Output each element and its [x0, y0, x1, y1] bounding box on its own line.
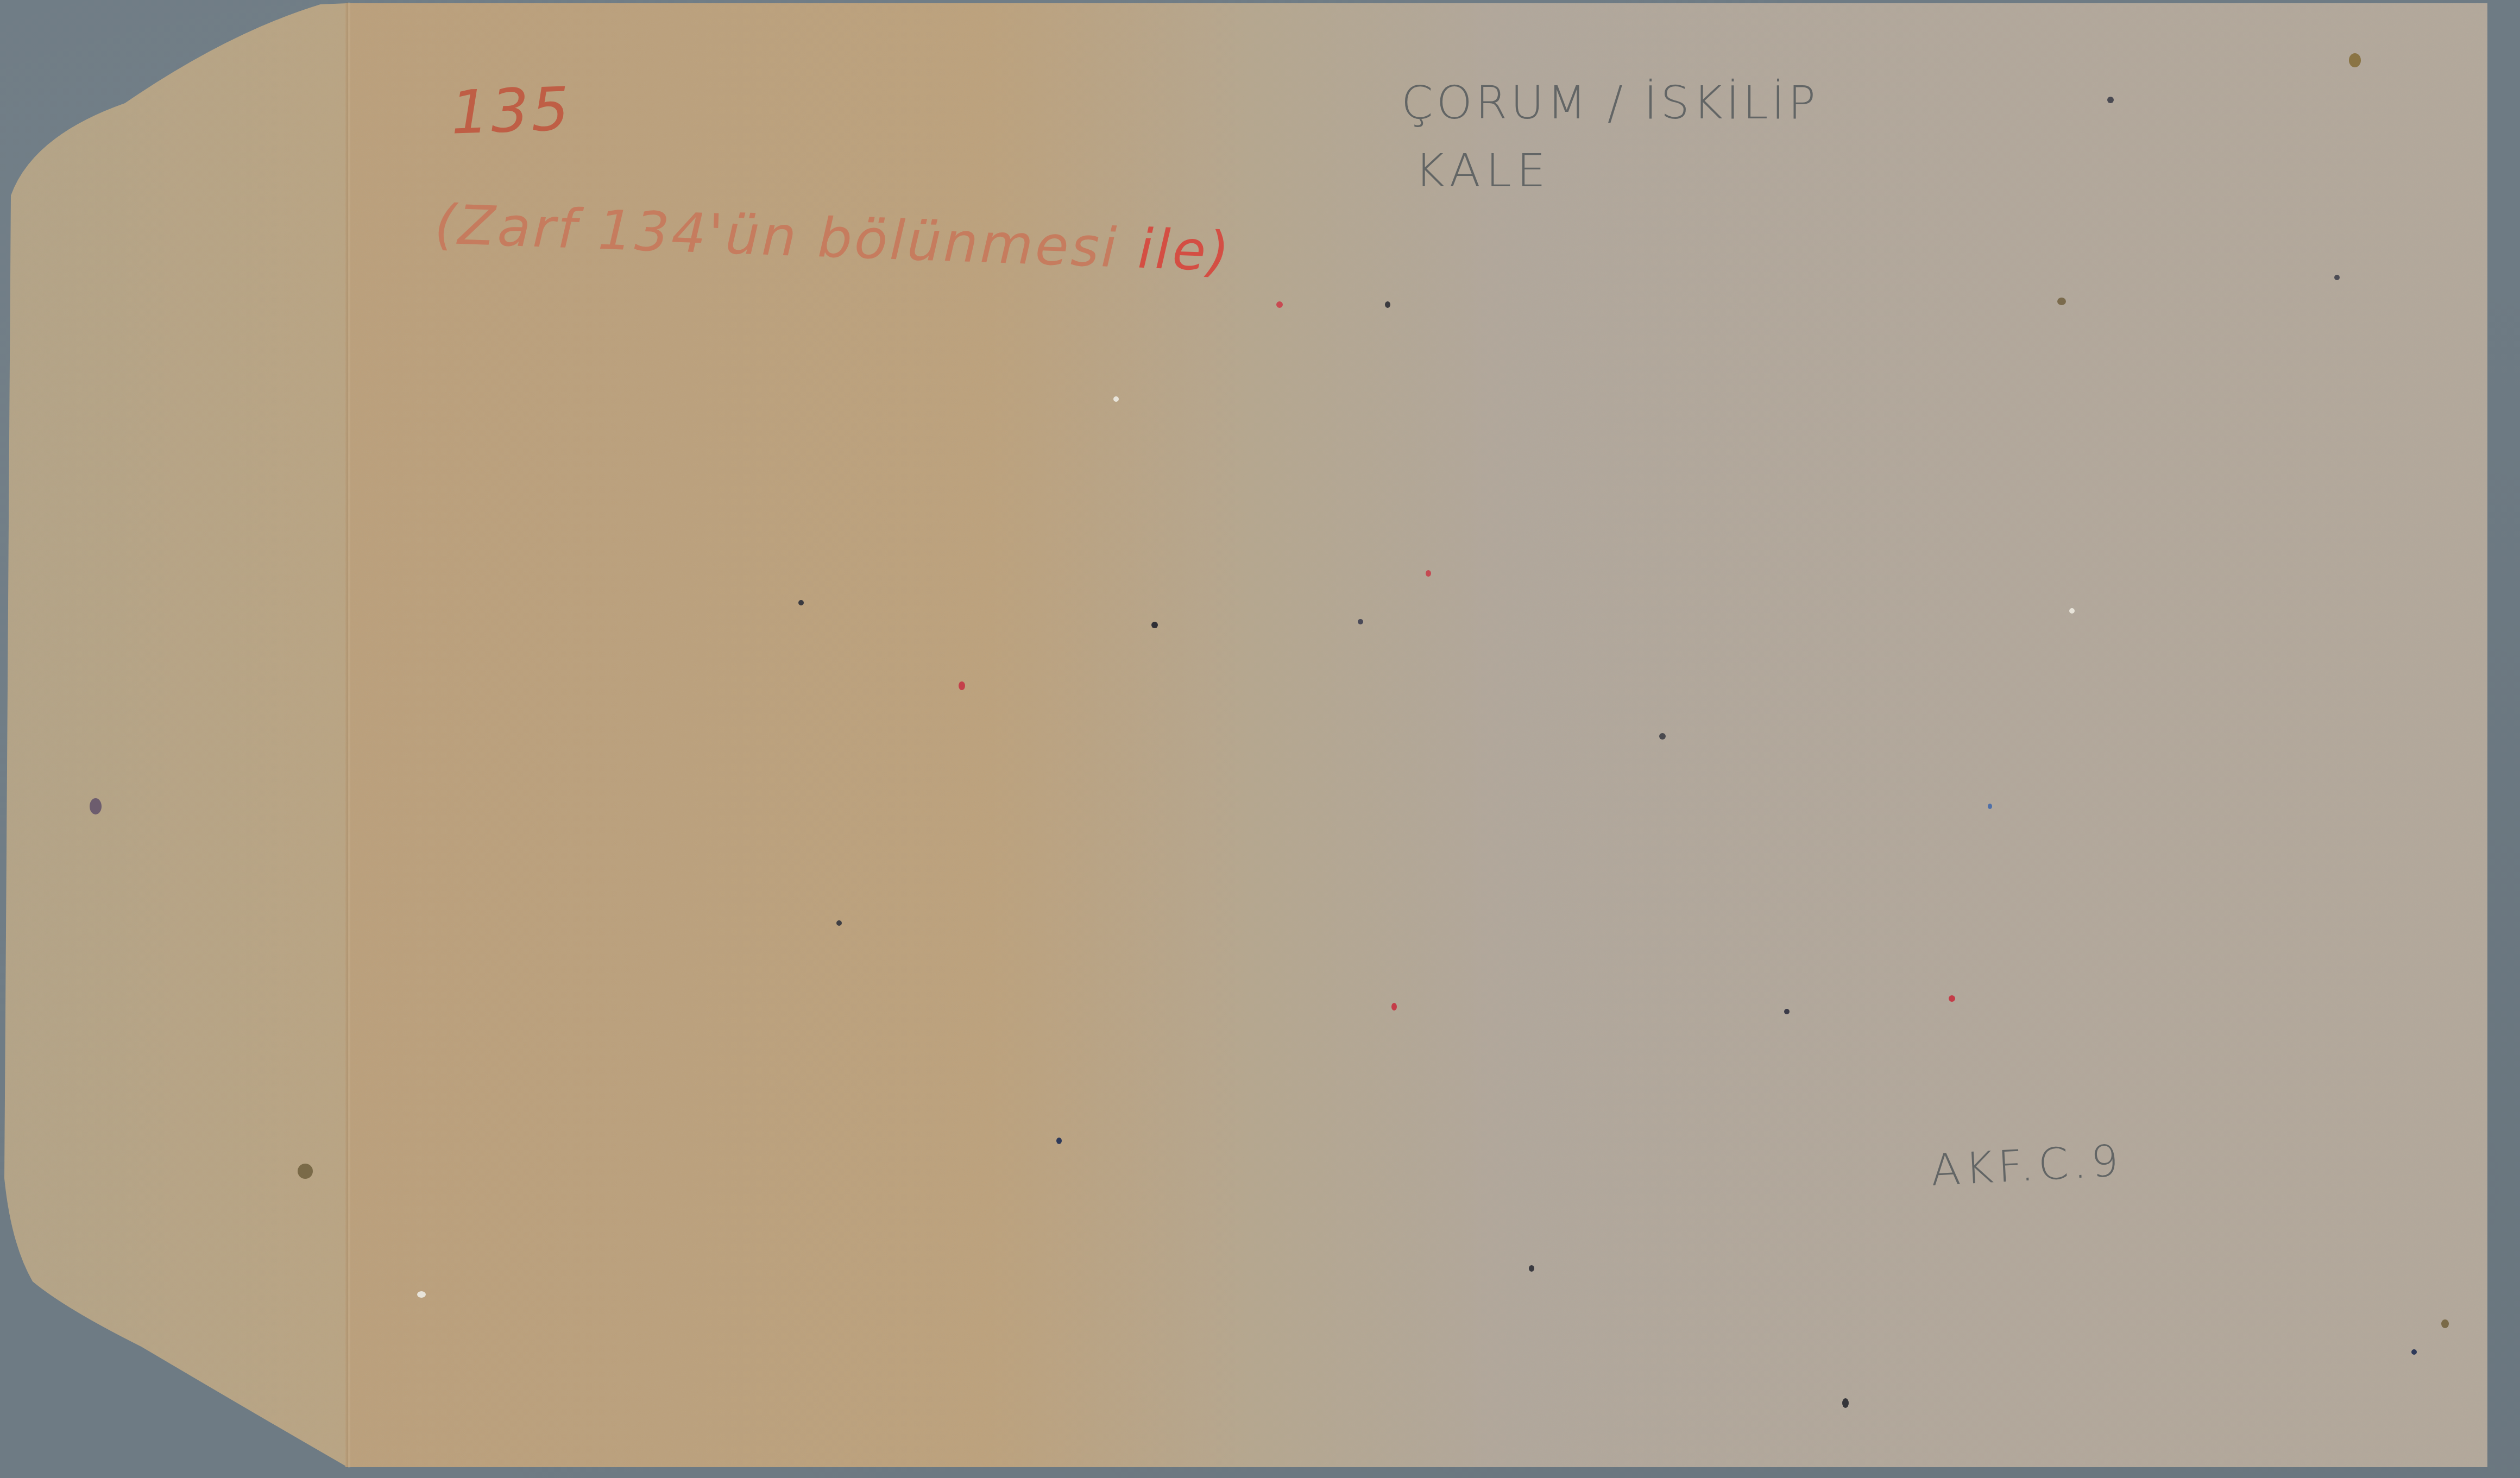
catalog-number: 135	[450, 74, 572, 148]
envelope-flap	[4, 3, 348, 1467]
archive-code: AKF.C.9	[1930, 1135, 2124, 1196]
envelope: 135 (Zarf 134'ün bölünmesi ile) ÇORUM / …	[0, 0, 2520, 1478]
location-line-2: KALE	[1415, 144, 1551, 197]
location-line-1: ÇORUM / İSKİLİP	[1401, 76, 1819, 129]
envelope-shape	[0, 0, 2520, 1478]
split-note-text-end: ile)	[1117, 216, 1232, 283]
